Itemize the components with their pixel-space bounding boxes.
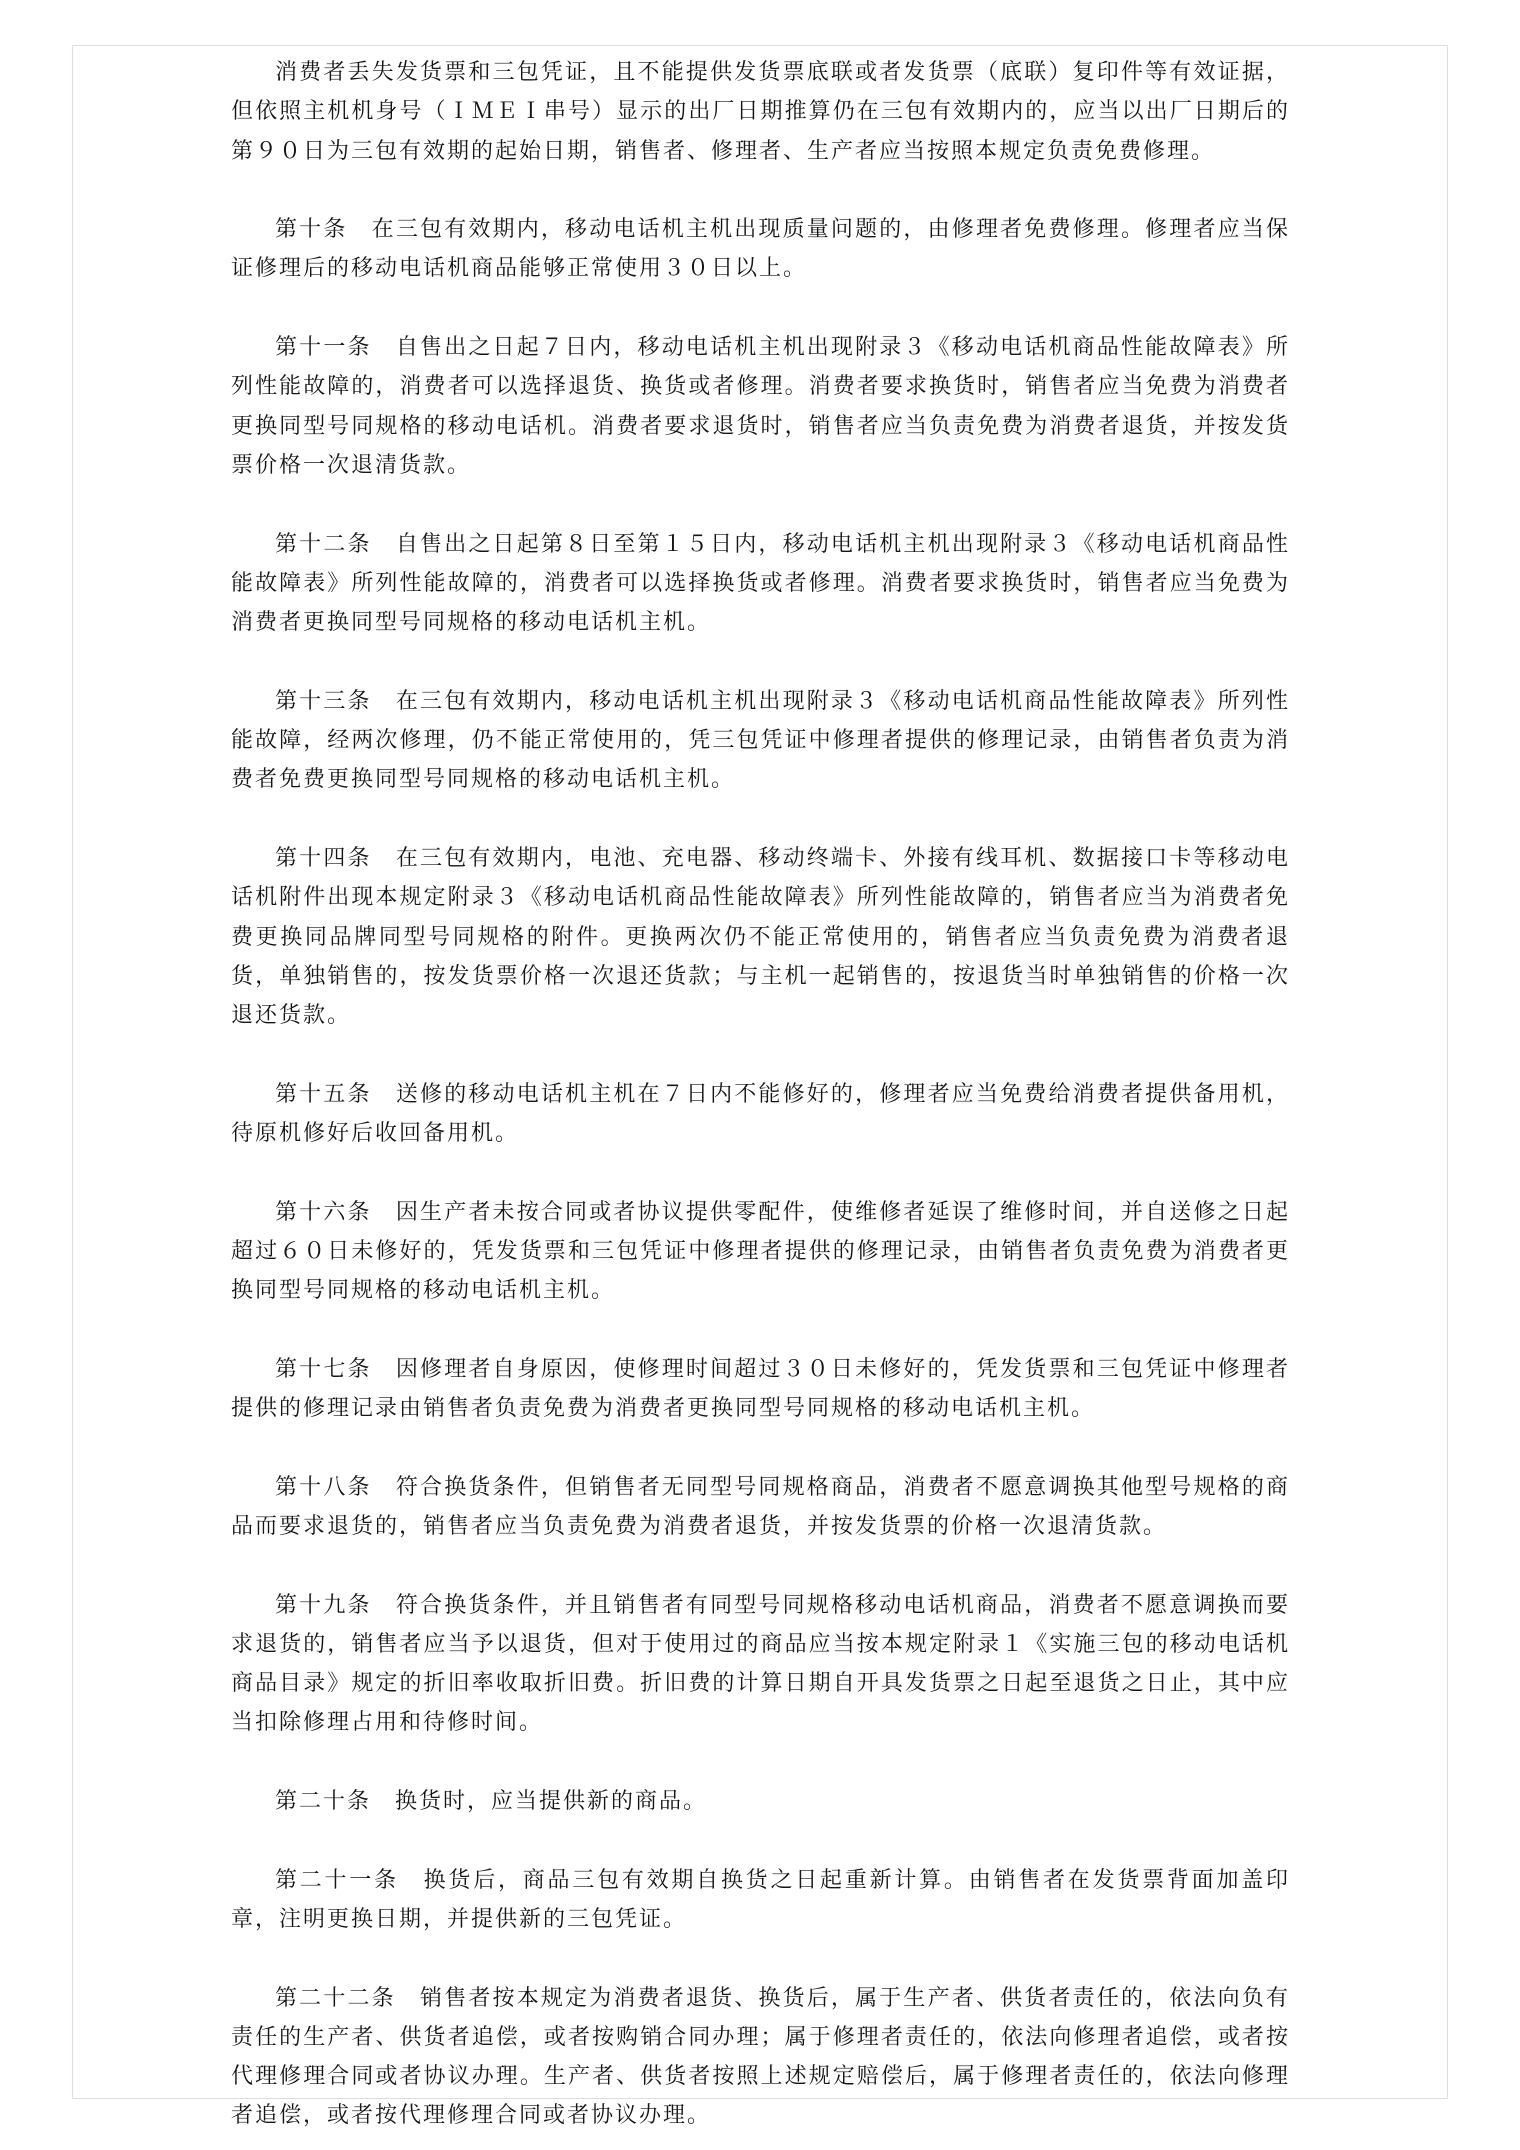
paragraph: 第二十一条 换货后，商品三包有效期自换货之日起重新计算。由销售者在发货票背面加盖…: [231, 1860, 1290, 1939]
paragraph: 第十四条 在三包有效期内，电池、充电器、移动终端卡、外接有线耳机、数据接口卡等移…: [231, 838, 1290, 1034]
paragraph: 第十三条 在三包有效期内，移动电话机主机出现附录３《移动电话机商品性能故障表》所…: [231, 681, 1290, 799]
paragraph: 第十八条 符合换货条件，但销售者无同型号同规格商品，消费者不愿意调换其他型号规格…: [231, 1467, 1290, 1546]
paragraph: 第十九条 符合换货条件，并且销售者有同型号同规格移动电话机商品，消费者不愿意调换…: [231, 1585, 1290, 1742]
paragraph: 第二十条 换货时，应当提供新的商品。: [231, 1781, 1290, 1820]
paragraph: 第十条 在三包有效期内，移动电话机主机出现质量问题的，由修理者免费修理。修理者应…: [231, 209, 1290, 288]
document-page: 消费者丢失发货票和三包凭证，且不能提供发货票底联或者发货票（底联）复印件等有效证…: [72, 45, 1448, 2099]
paragraph: 第十一条 自售出之日起７日内，移动电话机主机出现附录３《移动电话机商品性能故障表…: [231, 327, 1290, 484]
paragraph: 消费者丢失发货票和三包凭证，且不能提供发货票底联或者发货票（底联）复印件等有效证…: [231, 52, 1290, 170]
paragraph: 第十六条 因生产者未按合同或者协议提供零配件，使维修者延误了维修时间，并自送修之…: [231, 1192, 1290, 1310]
paragraph: 第十二条 自售出之日起第８日至第１５日内，移动电话机主机出现附录３《移动电话机商…: [231, 524, 1290, 642]
paragraph: 第二十二条 销售者按本规定为消费者退货、换货后，属于生产者、供货者责任的，依法向…: [231, 1978, 1290, 2135]
paragraph: 第十七条 因修理者自身原因，使修理时间超过３０日未修好的，凭发货票和三包凭证中修…: [231, 1349, 1290, 1428]
document-content: 消费者丢失发货票和三包凭证，且不能提供发货票底联或者发货票（底联）复印件等有效证…: [73, 46, 1447, 2135]
paragraph: 第十五条 送修的移动电话机主机在７日内不能修好的，修理者应当免费给消费者提供备用…: [231, 1074, 1290, 1153]
